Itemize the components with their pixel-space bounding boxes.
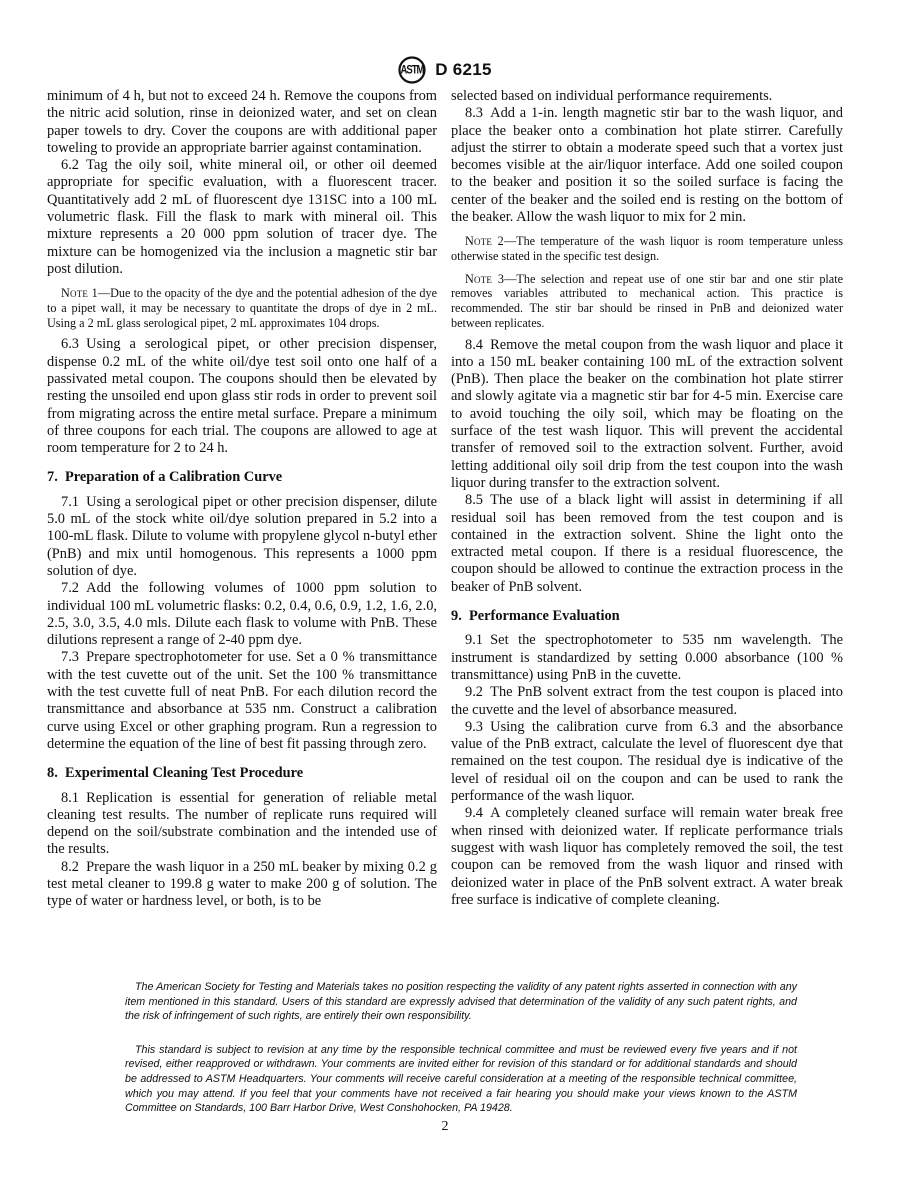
- paragraph-7-2: 7.2 Add the following volumes of 1000 pp…: [47, 580, 437, 649]
- page-number: 2: [47, 1119, 843, 1135]
- section-heading-7: 7. Preparation of a Calibration Curve: [47, 469, 437, 486]
- section-heading-9: 9. Performance Evaluation: [451, 608, 843, 625]
- note-3: Note 3—The selection and repeat use of o…: [451, 272, 843, 331]
- note-2-text: —The temperature of the wash liquor is r…: [451, 234, 843, 263]
- revision-disclaimer: This standard is subject to revision at …: [125, 1043, 797, 1116]
- note-3-label: Note 3: [465, 272, 504, 286]
- paragraph-9-4: 9.4 A completely cleaned surface will re…: [451, 805, 843, 909]
- paragraph-8-2-continuation: selected based on individual performance…: [451, 88, 843, 105]
- paragraph-6-1-continuation: minimum of 4 h, but not to exceed 24 h. …: [47, 88, 437, 157]
- right-column: selected based on individual performance…: [451, 88, 843, 911]
- section-heading-8: 8. Experimental Cleaning Test Procedure: [47, 765, 437, 782]
- paragraph-8-3: 8.3 Add a 1-in. length magnetic stir bar…: [451, 105, 843, 226]
- note-2-label: Note 2: [465, 234, 504, 248]
- note-1-label: Note 1: [61, 286, 98, 300]
- paragraph-8-2: 8.2 Prepare the wash liquor in a 250 mL …: [47, 859, 437, 911]
- page-header: ASTM D 6215: [47, 56, 843, 84]
- paragraph-7-1: 7.1 Using a serological pipet or other p…: [47, 494, 437, 580]
- note-1: Note 1—Due to the opacity of the dye and…: [47, 286, 437, 330]
- astm-logo-icon: ASTM: [398, 56, 426, 84]
- paragraph-8-4: 8.4 Remove the metal coupon from the was…: [451, 337, 843, 493]
- note-1-text: —Due to the opacity of the dye and the p…: [47, 286, 437, 329]
- footer-disclaimers: The American Society for Testing and Mat…: [125, 980, 797, 1135]
- left-column: minimum of 4 h, but not to exceed 24 h. …: [47, 88, 437, 911]
- note-3-text: —The selection and repeat use of one sti…: [451, 272, 843, 330]
- paragraph-6-2: 6.2 Tag the oily soil, white mineral oil…: [47, 157, 437, 278]
- paragraph-9-2: 9.2 The PnB solvent extract from the tes…: [451, 684, 843, 719]
- astm-logo-text: ASTM: [401, 64, 425, 77]
- document-body: minimum of 4 h, but not to exceed 24 h. …: [47, 88, 843, 911]
- patent-disclaimer: The American Society for Testing and Mat…: [125, 980, 797, 1024]
- paragraph-8-5: 8.5 The use of a black light will assist…: [451, 492, 843, 596]
- note-2: Note 2—The temperature of the wash liquo…: [451, 234, 843, 263]
- paragraph-9-1: 9.1 Set the spectrophotometer to 535 nm …: [451, 632, 843, 684]
- paragraph-8-1: 8.1 Replication is essential for generat…: [47, 790, 437, 859]
- document-number: D 6215: [435, 60, 492, 80]
- paragraph-7-3: 7.3 Prepare spectrophotometer for use. S…: [47, 649, 437, 753]
- paragraph-6-3: 6.3 Using a serological pipet, or other …: [47, 336, 437, 457]
- paragraph-9-3: 9.3 Using the calibration curve from 6.3…: [451, 719, 843, 805]
